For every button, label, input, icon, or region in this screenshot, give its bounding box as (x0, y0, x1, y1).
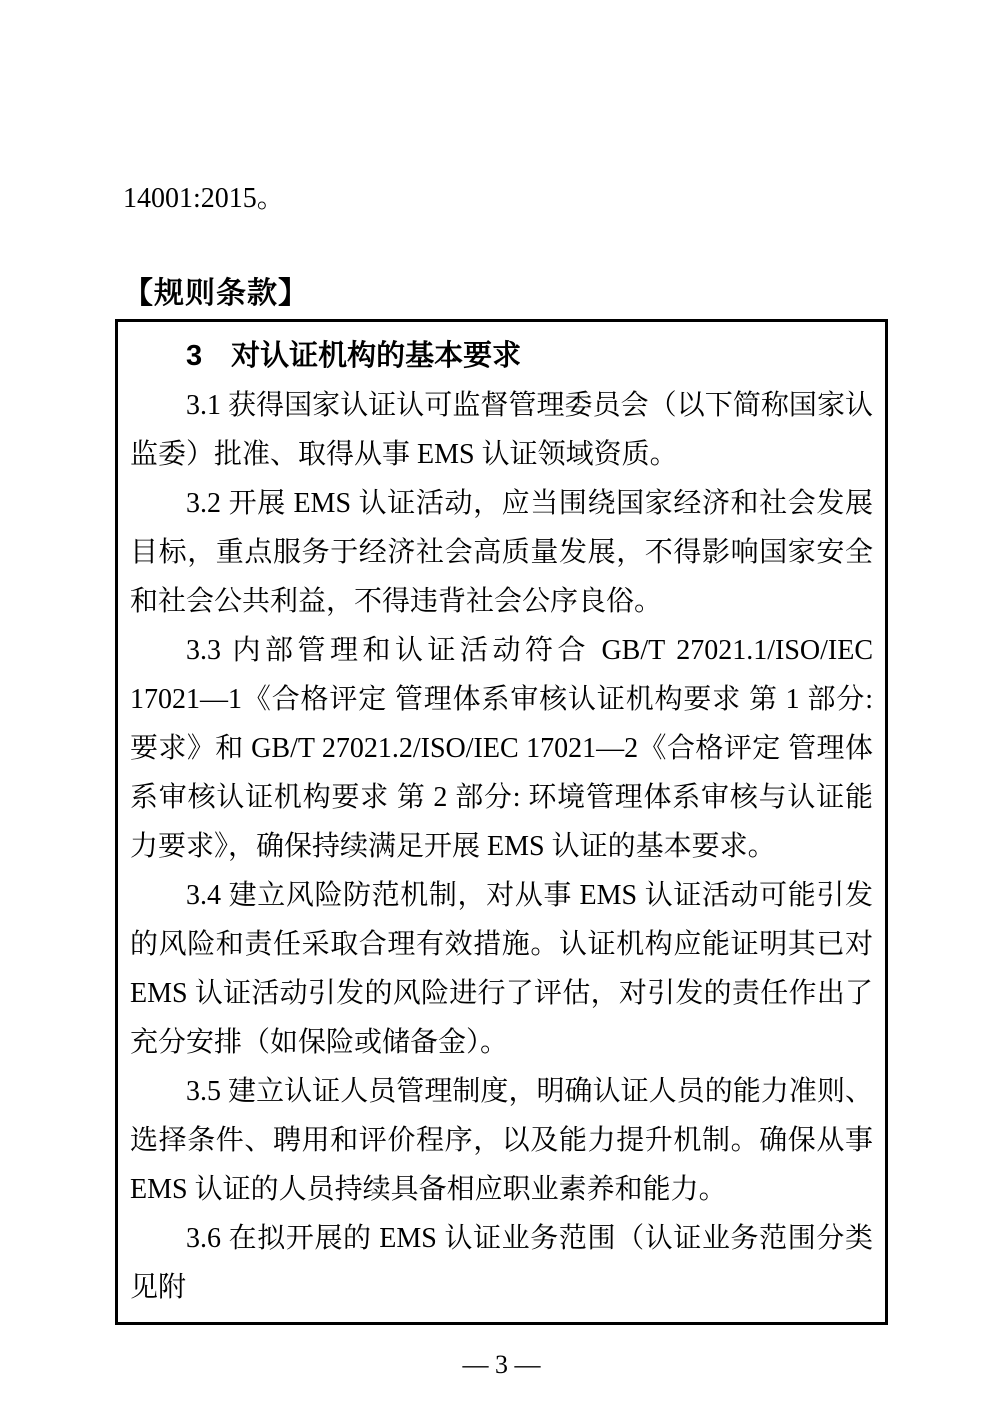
rules-clauses-box: 3对认证机构的基本要求 3.1 获得国家认证认可监督管理委员会（以下简称国家认监… (115, 319, 888, 1325)
intro-continuation-text: 14001:2015。 (115, 174, 888, 224)
page-number: — 3 — (463, 1350, 541, 1379)
rule-paragraph-3-2: 3.2 开展 EMS 认证活动，应当围绕国家经济和社会发展目标，重点服务于经济社… (130, 479, 873, 626)
rules-box-title-number: 3 (186, 340, 202, 372)
page-content: 14001:2015。 【规则条款】 3对认证机构的基本要求 3.1 获得国家认… (0, 0, 1000, 1383)
document-page: 14001:2015。 【规则条款】 3对认证机构的基本要求 3.1 获得国家认… (0, 0, 1000, 1414)
section-heading-rule-clauses: 【规则条款】 (115, 269, 888, 319)
rule-paragraph-3-6: 3.6 在拟开展的 EMS 认证业务范围（认证业务范围分类见附 (130, 1214, 873, 1312)
rule-paragraph-3-4: 3.4 建立风险防范机制，对从事 EMS 认证活动可能引发的风险和责任采取合理有… (130, 871, 873, 1067)
rule-paragraph-3-1: 3.1 获得国家认证认可监督管理委员会（以下简称国家认监委）批准、取得从事 EM… (130, 381, 873, 479)
rule-paragraph-3-3: 3.3 内部管理和认证活动符合 GB/T 27021.1/ISO/IEC 170… (130, 626, 873, 871)
rule-paragraph-3-5: 3.5 建立认证人员管理制度，明确认证人员的能力准则、选择条件、聘用和评价程序，… (130, 1067, 873, 1214)
page-footer: — 3 — (115, 1347, 888, 1383)
rules-box-title-text: 对认证机构的基本要求 (231, 340, 521, 372)
rules-box-title: 3对认证机构的基本要求 (130, 332, 873, 381)
